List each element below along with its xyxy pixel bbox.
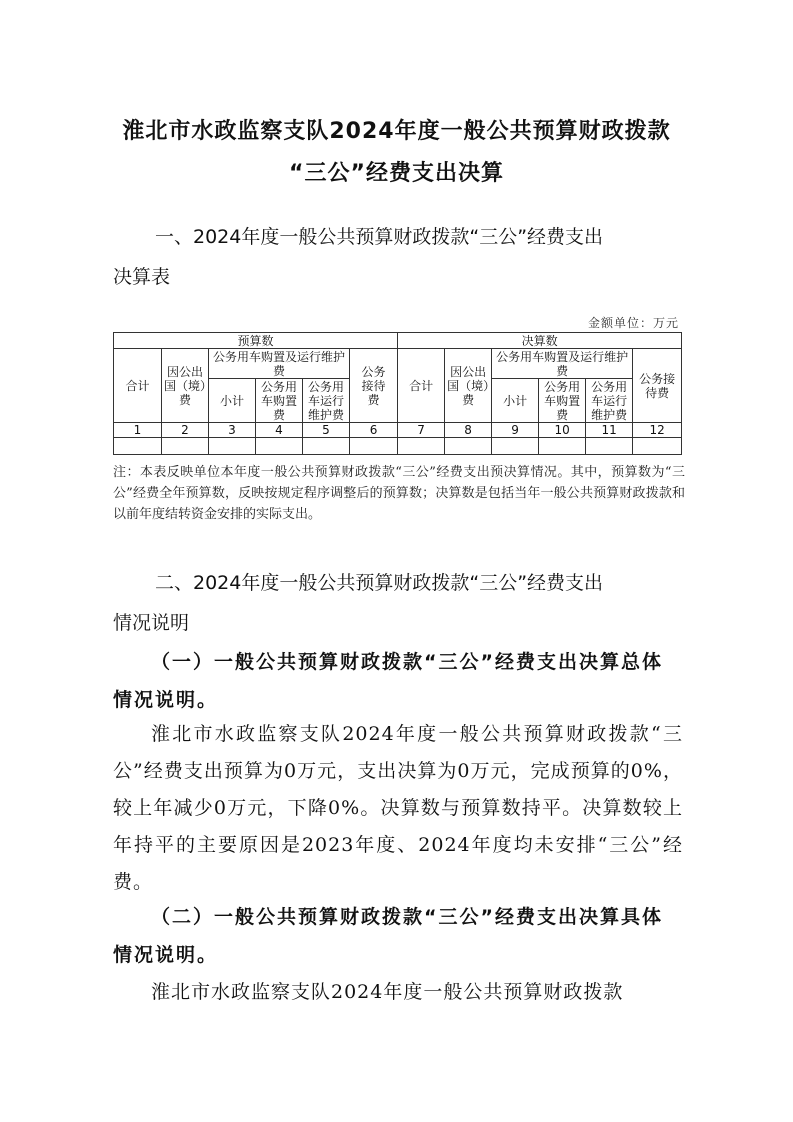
header-budget-total: 合计 <box>114 349 162 423</box>
document-title-line2: “三公”经费支出决算 <box>0 156 793 187</box>
index-cell: 8 <box>445 423 492 438</box>
index-cell: 4 <box>256 423 303 438</box>
group-header-budget: 预算数 <box>114 333 398 349</box>
data-cell <box>633 438 682 455</box>
section1-heading-line2: 决算表 <box>113 262 170 289</box>
document-title-line1: 淮北市水政监察支队2024年度一般公共预算财政拨款 <box>0 114 793 145</box>
index-cell: 5 <box>303 423 350 438</box>
data-cell <box>492 438 539 455</box>
index-row: 1 2 3 4 5 6 7 8 9 10 11 12 <box>114 423 682 438</box>
data-cell <box>162 438 209 455</box>
index-cell: 10 <box>539 423 586 438</box>
index-cell: 3 <box>209 423 256 438</box>
data-cell <box>303 438 350 455</box>
subsection2-heading: （二）一般公共预算财政拨款“三公”经费支出决算具体情况说明。 <box>113 898 683 974</box>
table-note: 注：本表反映单位本年度一般公共预算财政拨款“三公”经费支出预决算情况。其中，预算… <box>113 462 685 525</box>
header-final-abroad: 因公出国（境）费 <box>445 349 492 423</box>
header-final-vehicle-purchase: 公务用车购置费 <box>539 379 586 423</box>
data-row <box>114 438 682 455</box>
data-cell <box>398 438 445 455</box>
index-cell: 1 <box>114 423 162 438</box>
index-cell: 12 <box>633 423 682 438</box>
header-budget-vehicle-operation: 公务用车运行维护费 <box>303 379 350 423</box>
index-cell: 11 <box>586 423 633 438</box>
data-cell <box>350 438 398 455</box>
section2-heading-line1: 二、2024年度一般公共预算财政拨款“三公”经费支出 <box>155 568 603 595</box>
index-cell: 2 <box>162 423 209 438</box>
header-final-subtotal: 小计 <box>492 379 539 423</box>
subsection2-body: 淮北市水政监察支队2024年度一般公共预算财政拨款 <box>113 974 683 1011</box>
index-cell: 7 <box>398 423 445 438</box>
header-budget-abroad: 因公出国（境）费 <box>162 349 209 423</box>
data-cell <box>539 438 586 455</box>
header-budget-subtotal: 小计 <box>209 379 256 423</box>
unit-label: 金额单位：万元 <box>588 314 679 331</box>
group-header-final: 决算数 <box>398 333 682 349</box>
header-budget-reception: 公务接待费 <box>350 349 398 423</box>
header-final-vehicle-group: 公务用车购置及运行维护费 <box>492 349 633 379</box>
header-budget-vehicle-group: 公务用车购置及运行维护费 <box>209 349 350 379</box>
subsection1-body: 淮北市水政监察支队2024年度一般公共预算财政拨款“三公”经费支出预算为0万元，… <box>113 716 683 901</box>
header-final-vehicle-operation: 公务用车运行维护费 <box>586 379 633 423</box>
index-cell: 6 <box>350 423 398 438</box>
data-cell <box>445 438 492 455</box>
header-final-total: 合计 <box>398 349 445 423</box>
index-cell: 9 <box>492 423 539 438</box>
subsection1-heading: （一）一般公共预算财政拨款“三公”经费支出决算总体情况说明。 <box>113 643 683 719</box>
section2-heading-line2: 情况说明 <box>113 608 189 635</box>
header-final-reception: 公务接待费 <box>633 349 682 423</box>
three-public-expense-table: 预算数 决算数 合计 因公出国（境）费 公务用车购置及运行维护费 公务接待费 合… <box>113 332 682 455</box>
section1-heading-line1: 一、2024年度一般公共预算财政拨款“三公”经费支出 <box>155 222 603 249</box>
data-cell <box>586 438 633 455</box>
data-cell <box>114 438 162 455</box>
header-budget-vehicle-purchase: 公务用车购置费 <box>256 379 303 423</box>
data-cell <box>256 438 303 455</box>
data-cell <box>209 438 256 455</box>
